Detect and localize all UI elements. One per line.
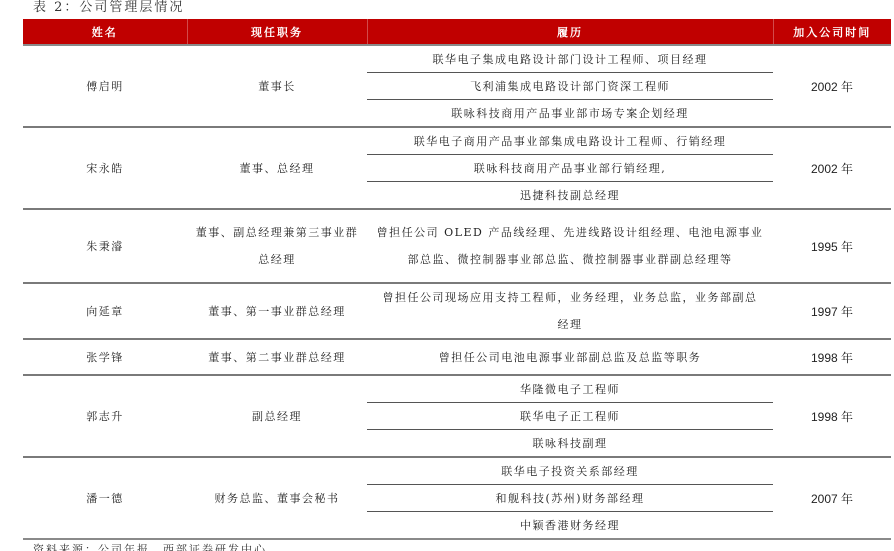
cell-experience: 联咏科技副理 [367,430,773,458]
cell-experience: 联华电子商用产品事业部集成电路设计工程师、行销经理 [367,127,773,155]
experience-line: 曾担任公司现场应用支持工程师，业务经理，业务总监，业务部副总 [367,284,773,311]
cell-joined: 2002 年 [773,127,891,209]
table-row: 宋永皓 董事、总经理 联华电子商用产品事业部集成电路设计工程师、行销经理 200… [23,127,891,155]
cell-name: 张学锋 [23,339,187,375]
table-caption: 表 2：公司管理层情况 [33,0,184,15]
cell-position: 董事、总经理 [187,127,367,209]
table-row: 向延章 董事、第一事业群总经理 曾担任公司现场应用支持工程师，业务经理，业务总监… [23,283,891,339]
header-position: 现任职务 [187,19,367,45]
cell-joined: 1998 年 [773,339,891,375]
cell-position: 财务总监、董事会秘书 [187,457,367,539]
cell-position: 董事、第二事业群总经理 [187,339,367,375]
cell-experience: 联咏科技商用产品事业部行销经理, [367,155,773,182]
cell-experience: 联华电子正工程师 [367,403,773,430]
cell-experience: 飞利浦集成电路设计部门资深工程师 [367,73,773,100]
cell-experience: 和舰科技(苏州)财务部经理 [367,485,773,512]
cell-experience: 联华电子投资关系部经理 [367,457,773,485]
cell-name: 郭志升 [23,375,187,457]
cell-joined: 1998 年 [773,375,891,457]
cell-experience: 华隆微电子工程师 [367,375,773,403]
table-row: 朱秉濬 董事、副总经理兼第三事业群 总经理 曾担任公司 OLED 产品线经理、先… [23,209,891,283]
cell-experience: 曾担任公司 OLED 产品线经理、先进线路设计组经理、电池电源事业 部总监、微控… [367,209,773,283]
cell-experience: 联咏科技商用产品事业部市场专案企划经理 [367,100,773,128]
header-experience: 履历 [367,19,773,45]
cell-joined: 2002 年 [773,45,891,127]
table-row: 张学锋 董事、第二事业群总经理 曾担任公司电池电源事业部副总监及总监等职务 19… [23,339,891,375]
cell-experience: 曾担任公司电池电源事业部副总监及总监等职务 [367,339,773,375]
cell-experience: 联华电子集成电路设计部门设计工程师、项目经理 [367,45,773,73]
cell-name: 宋永皓 [23,127,187,209]
position-line: 总经理 [187,246,367,273]
cell-position: 董事、第一事业群总经理 [187,283,367,339]
source-note: 资料来源：公司年报，西部证券研发中心 [33,541,267,551]
cell-experience: 迅捷科技副总经理 [367,182,773,210]
cell-name: 傅启明 [23,45,187,127]
cell-name: 朱秉濬 [23,209,187,283]
cell-position: 董事、副总经理兼第三事业群 总经理 [187,209,367,283]
cell-name: 向延章 [23,283,187,339]
table-row: 潘一德 财务总监、董事会秘书 联华电子投资关系部经理 2007 年 [23,457,891,485]
cell-position: 副总经理 [187,375,367,457]
experience-line: 经理 [367,311,773,338]
header-joined: 加入公司时间 [773,19,891,45]
cell-experience: 中颖香港财务经理 [367,512,773,540]
experience-line: 部总监、微控制器事业部总监、微控制器事业群副总经理等 [367,246,773,273]
management-table: 姓名 现任职务 履历 加入公司时间 傅启明 董事长 联华电子集成电路设计部门设计… [23,19,891,540]
cell-position: 董事长 [187,45,367,127]
cell-name: 潘一德 [23,457,187,539]
table-header-row: 姓名 现任职务 履历 加入公司时间 [23,19,891,45]
experience-line: 曾担任公司 OLED 产品线经理、先进线路设计组经理、电池电源事业 [367,219,773,246]
cell-joined: 1997 年 [773,283,891,339]
header-name: 姓名 [23,19,187,45]
cell-joined: 2007 年 [773,457,891,539]
table-row: 郭志升 副总经理 华隆微电子工程师 1998 年 [23,375,891,403]
cell-experience: 曾担任公司现场应用支持工程师，业务经理，业务总监，业务部副总 经理 [367,283,773,339]
cell-joined: 1995 年 [773,209,891,283]
table-row: 傅启明 董事长 联华电子集成电路设计部门设计工程师、项目经理 2002 年 [23,45,891,73]
position-line: 董事、副总经理兼第三事业群 [187,219,367,246]
